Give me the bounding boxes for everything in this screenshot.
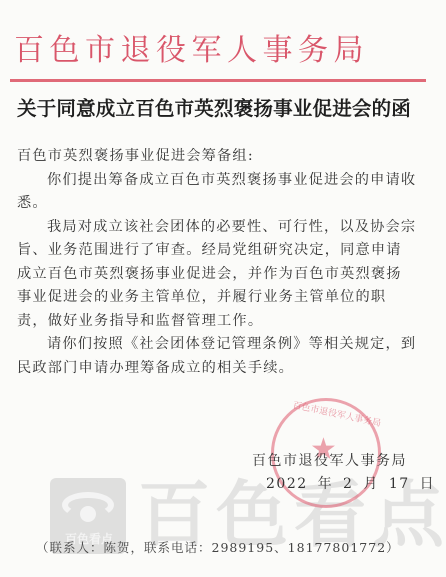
document-body: 百色市英烈褒扬事业促进会筹备组: 你们提出筹备成立百色市英烈褒扬事业促进会的申请… — [17, 145, 417, 380]
signature-organization: 百色市退役军人事务局 — [252, 450, 435, 473]
paragraph-2: 我局对成立该社会团体的必要性、可行性，以及协会宗旨、业务范围进行了审查。经局党组… — [17, 216, 417, 334]
eye-outline — [62, 492, 114, 518]
document-page: 百色市退役军人事务局 关于同意成立百色市英烈褒扬事业促进会的函 百色市英烈褒扬事… — [0, 0, 446, 577]
paragraph-3: 请你们按照《社会团体登记管理条例》等相关规定，到民政部门申请办理筹备成立的相关手… — [17, 333, 417, 380]
signature-date: 2022 年 2 月 17 日 — [252, 473, 435, 496]
signature-block: 百色市退役军人事务局 2022 年 2 月 17 日 — [252, 450, 435, 496]
seal-text: 百色市退役军人事务局 — [292, 398, 383, 429]
salutation: 百色市英烈褒扬事业促进会筹备组: — [17, 145, 417, 169]
issuer-letterhead: 百色市退役军人事务局 — [14, 33, 434, 69]
paragraph-1: 你们提出筹备成立百色市英烈褒扬事业促进会的申请收悉。 — [17, 169, 417, 216]
contact-info: （联系人：陈贺，联系电话：2989195、18177801772） — [36, 538, 400, 556]
eye-pupil — [80, 506, 96, 522]
document-title: 关于同意成立百色市英烈褒扬事业促进会的函 — [17, 96, 437, 122]
red-divider — [10, 79, 426, 82]
